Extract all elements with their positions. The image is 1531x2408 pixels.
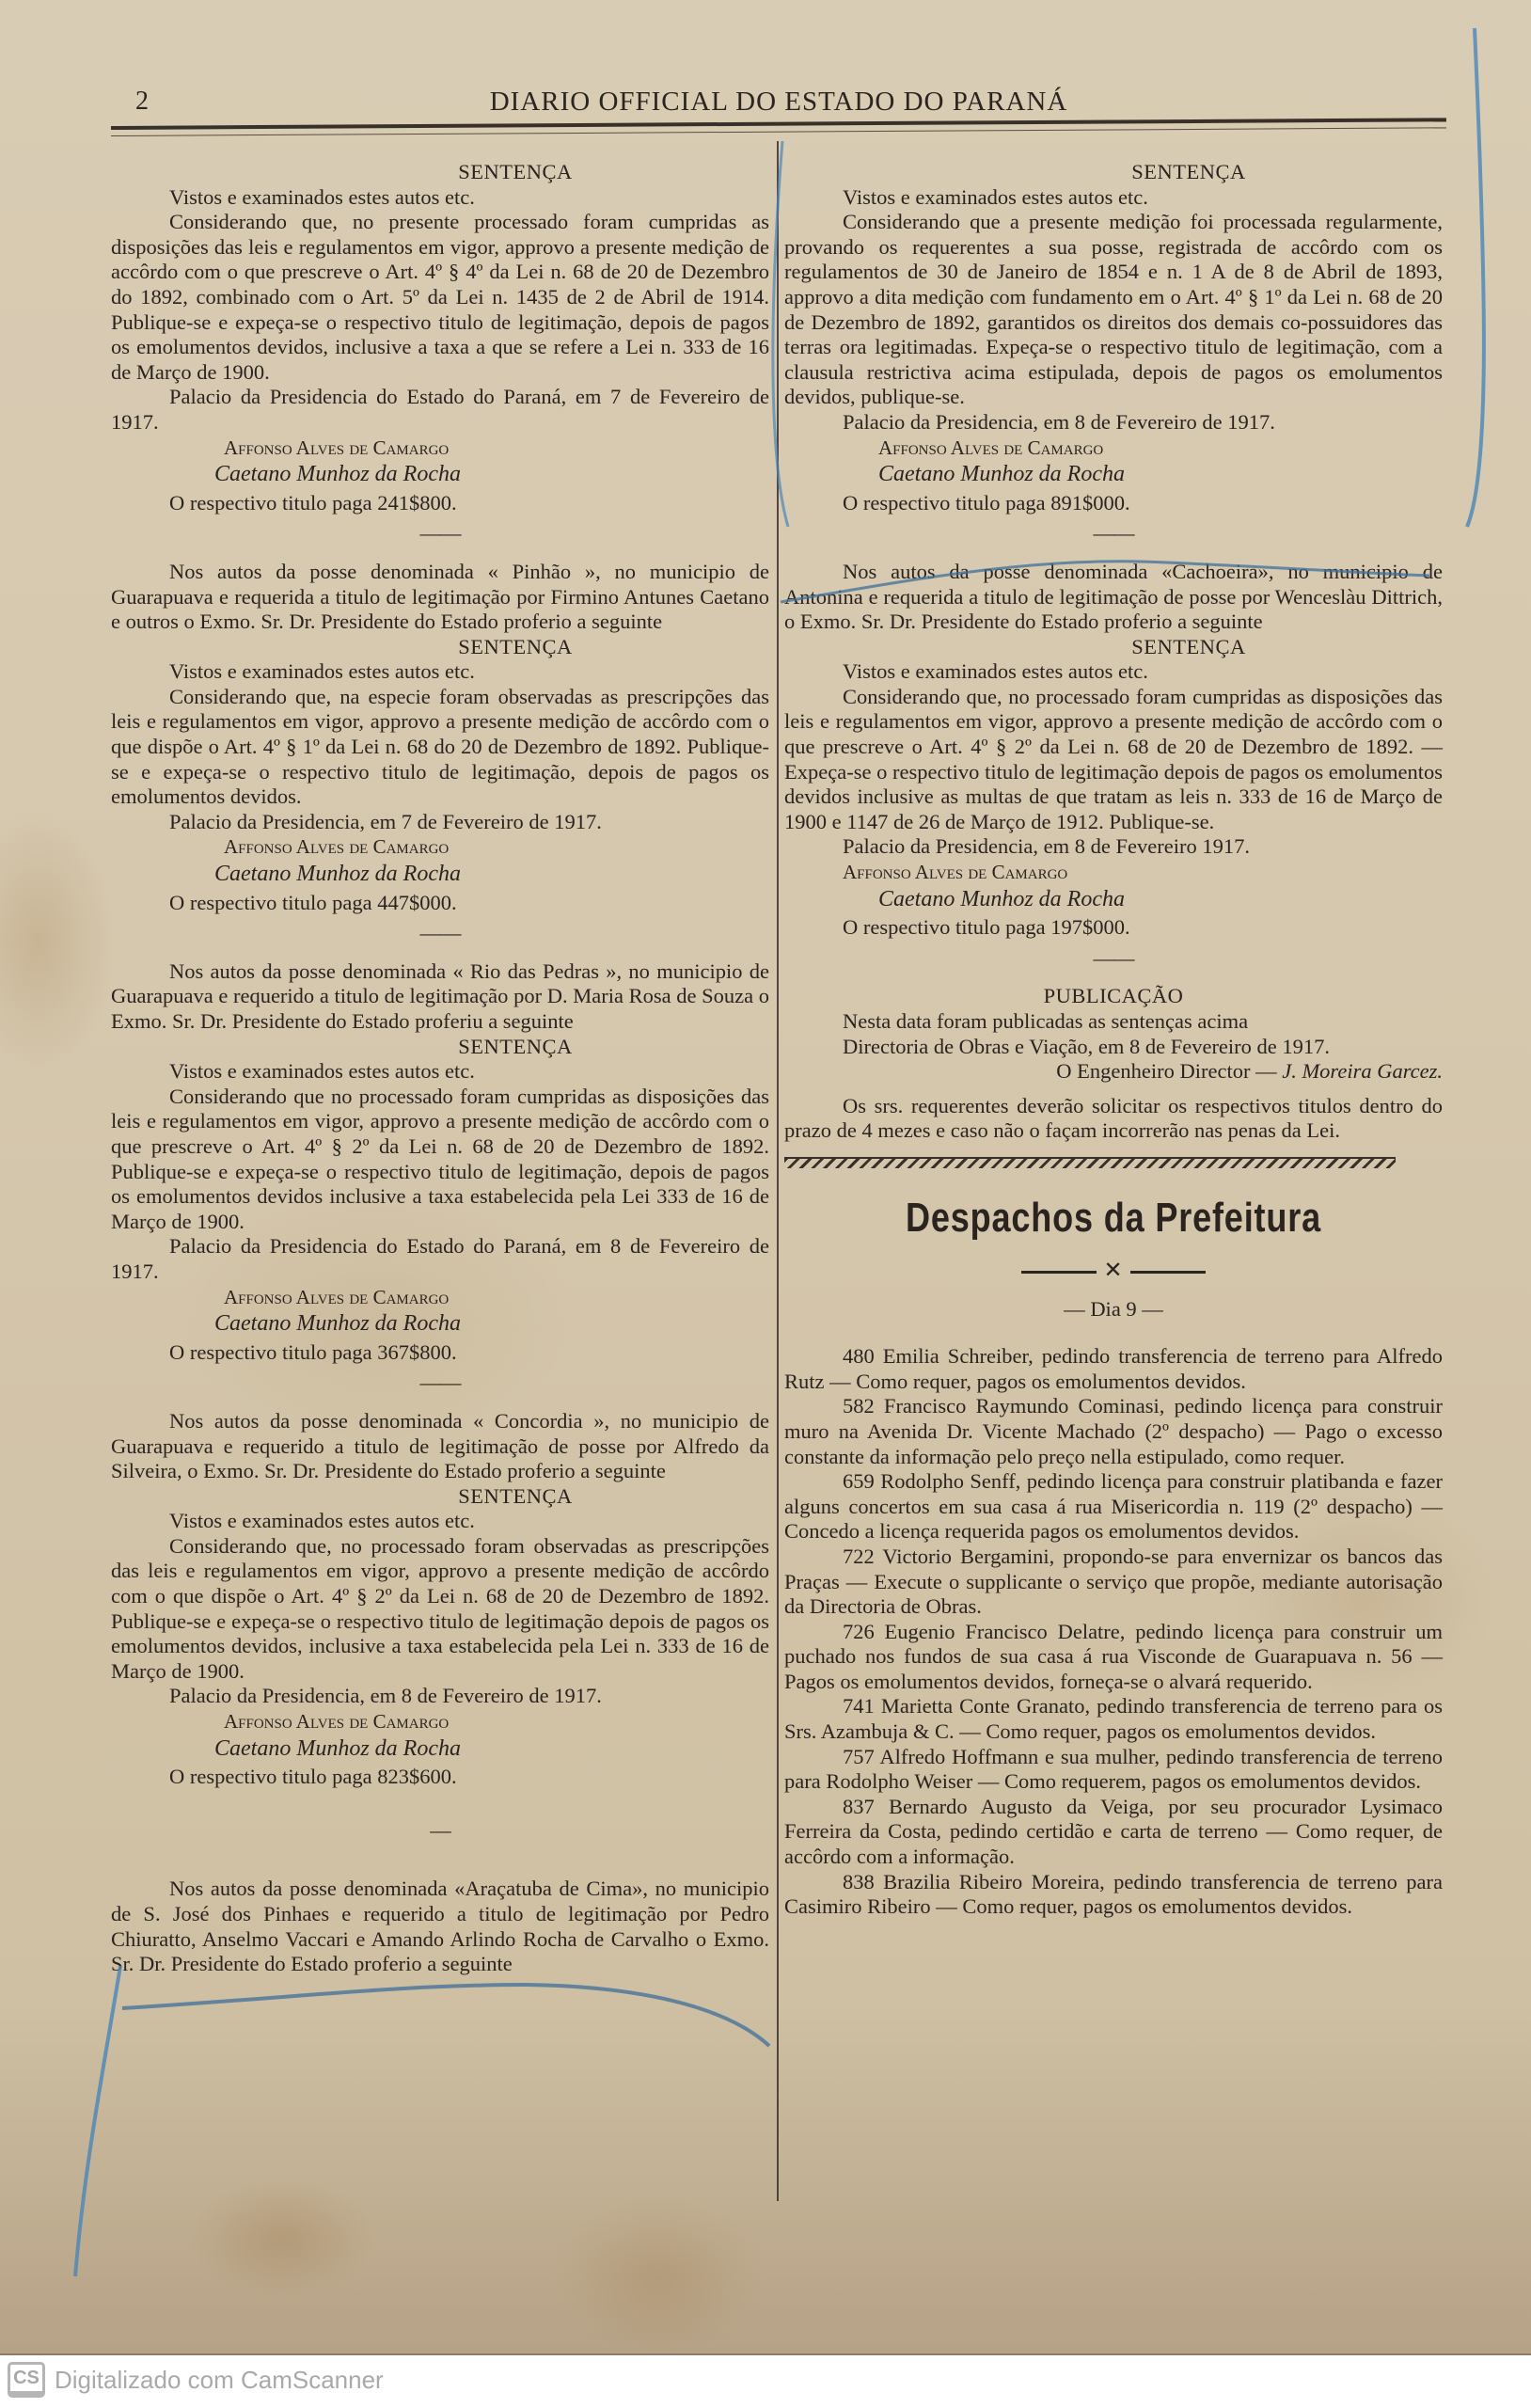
engineer-label: O Engenheiro Director — bbox=[1056, 1059, 1282, 1083]
signature-governor: Affonso Alves de Camargo bbox=[784, 436, 1443, 461]
section-heading: SENTENÇA bbox=[111, 160, 769, 185]
signature-secretary: Caetano Munhoz da Rocha bbox=[784, 462, 1443, 487]
paragraph: Nos autos da posse denominada « Concordi… bbox=[111, 1409, 769, 1484]
day-label: — Dia 9 — bbox=[784, 1297, 1443, 1323]
signature-secretary: Caetano Munhoz da Rocha bbox=[111, 1736, 769, 1762]
despacho-item: 659 Rodolpho Senff, pedindo licença para… bbox=[784, 1469, 1443, 1545]
publication-line: Nesta data foram publicadas as sentenças… bbox=[784, 1009, 1443, 1035]
title-fee: O respectivo titulo paga 197$000. bbox=[784, 915, 1443, 941]
separator: —— bbox=[111, 521, 769, 547]
right-column: SENTENÇA Vistos e examinados estes autos… bbox=[784, 160, 1443, 1920]
engineer-signature: O Engenheiro Director — J. Moreira Garce… bbox=[784, 1059, 1443, 1085]
signature-secretary: Caetano Munhoz da Rocha bbox=[784, 887, 1443, 912]
paragraph: Nos autos da posse denominada «Cachoeira… bbox=[784, 560, 1443, 635]
paragraph: Nos autos da posse denominada « Pinhão »… bbox=[111, 560, 769, 635]
paragraph: Vistos e examinados estes autos etc. bbox=[111, 1059, 769, 1085]
signature-governor: Affonso Alves de Camargo bbox=[111, 1285, 769, 1310]
sentence-block: Nos autos da posse denominada «Cachoeira… bbox=[784, 560, 1443, 972]
paragraph: Vistos e examinados estes autos etc. bbox=[111, 659, 769, 685]
paragraph: Considerando que, no presente processado… bbox=[111, 210, 769, 385]
paragraph: Considerando que a presente medição foi … bbox=[784, 210, 1443, 410]
signature-governor: Affonso Alves de Camargo bbox=[111, 436, 769, 461]
separator: —— bbox=[111, 1370, 769, 1396]
signature-governor: Affonso Alves de Camargo bbox=[784, 860, 1443, 885]
ornament-divider: ✕ bbox=[784, 1259, 1443, 1284]
title-fee: O respectivo titulo paga 891$000. bbox=[784, 491, 1443, 516]
left-column: SENTENÇA Vistos e examinados estes autos… bbox=[111, 160, 769, 1977]
despacho-item: 838 Brazilia Ribeiro Moreira, pedindo tr… bbox=[784, 1870, 1443, 1920]
publication-block: PUBLICAÇÃO Nesta data foram publicadas a… bbox=[784, 984, 1443, 1144]
paragraph: Palacio da Presidencia, em 8 de Fevereir… bbox=[784, 410, 1443, 436]
paragraph: Considerando que, no processado foram ob… bbox=[111, 1534, 769, 1685]
section-heading: SENTENÇA bbox=[784, 160, 1443, 185]
section-heading: SENTENÇA bbox=[111, 1484, 769, 1510]
paragraph: Nos autos da posse denominada « Rio das … bbox=[111, 959, 769, 1035]
signature-governor: Affonso Alves de Camargo bbox=[111, 1709, 769, 1735]
signature-governor: Affonso Alves de Camargo bbox=[111, 834, 769, 860]
despacho-item: 837 Bernardo Augusto da Veiga, por seu p… bbox=[784, 1795, 1443, 1870]
despacho-item: 582 Francisco Raymundo Cominasi, pedindo… bbox=[784, 1394, 1443, 1469]
camscanner-logo-icon: CS bbox=[8, 2362, 45, 2398]
title-fee: O respectivo titulo paga 447$000. bbox=[111, 891, 769, 916]
paragraph: Vistos e examinados estes autos etc. bbox=[784, 659, 1443, 685]
engineer-name: J. Moreira Garcez. bbox=[1282, 1059, 1443, 1083]
despachos-section: Despachos da Prefeitura ✕ — Dia 9 — 480 … bbox=[784, 1193, 1443, 1920]
title-fee: O respectivo titulo paga 241$800. bbox=[111, 491, 769, 516]
camscanner-watermark: CS Digitalizado com CamScanner bbox=[8, 2361, 384, 2399]
separator: — bbox=[111, 1818, 769, 1844]
despacho-item: 726 Eugenio Francisco Delatre, pedindo l… bbox=[784, 1620, 1443, 1695]
ornament-icon: ✕ bbox=[1103, 1259, 1123, 1283]
paragraph: Palacio da Presidencia do Estado do Para… bbox=[111, 1234, 769, 1284]
sentence-block: Nos autos da posse denominada « Rio das … bbox=[111, 959, 769, 1396]
signature-secretary: Caetano Munhoz da Rocha bbox=[111, 1311, 769, 1337]
publication-line: Directoria de Obras e Viação, em 8 de Fe… bbox=[784, 1035, 1443, 1060]
paragraph: Vistos e examinados estes autos etc. bbox=[111, 185, 769, 211]
paragraph: Considerando que, na especie foram obser… bbox=[111, 685, 769, 810]
separator: —— bbox=[784, 521, 1443, 547]
publication-heading: PUBLICAÇÃO bbox=[784, 984, 1443, 1009]
decorative-wavy-rule bbox=[784, 1157, 1396, 1168]
newspaper-title: DIARIO OFFICIAL DO ESTADO DO PARANÁ bbox=[111, 87, 1446, 118]
paragraph: Palacio da Presidencia do Estado do Para… bbox=[111, 385, 769, 435]
sentence-block: Nos autos da posse denominada «Araçatuba… bbox=[111, 1877, 769, 1976]
despacho-item: 741 Marietta Conte Granato, pedindo tran… bbox=[784, 1694, 1443, 1744]
title-fee: O respectivo titulo paga 367$800. bbox=[111, 1340, 769, 1366]
paragraph: Vistos e examinados estes autos etc. bbox=[784, 185, 1443, 211]
paragraph: Vistos e examinados estes autos etc. bbox=[111, 1509, 769, 1534]
paragraph: Palacio da Presidencia, em 7 de Fevereir… bbox=[111, 810, 769, 835]
section-heading: SENTENÇA bbox=[111, 1035, 769, 1060]
despacho-item: 722 Victorio Bergamini, propondo-se para… bbox=[784, 1545, 1443, 1620]
paragraph: Nos autos da posse denominada «Araçatuba… bbox=[111, 1877, 769, 1976]
scanned-page: 2 DIARIO OFFICIAL DO ESTADO DO PARANÁ SE… bbox=[0, 0, 1531, 2355]
despacho-item: 480 Emilia Schreiber, pedindo transferen… bbox=[784, 1344, 1443, 1394]
watermark-text: Digitalizado com CamScanner bbox=[55, 2366, 384, 2395]
despachos-list: 480 Emilia Schreiber, pedindo transferen… bbox=[784, 1344, 1443, 1920]
title-fee: O respectivo titulo paga 823$600. bbox=[111, 1765, 769, 1790]
sentence-block: Nos autos da posse denominada « Pinhão »… bbox=[111, 560, 769, 946]
section-heading: SENTENÇA bbox=[111, 635, 769, 660]
despacho-item: 757 Alfredo Hoffmann e sua mulher, pedin… bbox=[784, 1745, 1443, 1795]
paragraph: Palacio da Presidencia, em 8 de Fevereir… bbox=[111, 1684, 769, 1709]
section-heading: SENTENÇA bbox=[784, 635, 1443, 660]
paragraph: Considerando que, no processado foram cu… bbox=[784, 685, 1443, 835]
signature-secretary: Caetano Munhoz da Rocha bbox=[111, 862, 769, 887]
sentence-block: SENTENÇA Vistos e examinados estes autos… bbox=[784, 160, 1443, 547]
column-divider bbox=[777, 141, 779, 2201]
paragraph: Considerando que no processado foram cum… bbox=[111, 1085, 769, 1235]
signature-secretary: Caetano Munhoz da Rocha bbox=[111, 462, 769, 487]
separator: —— bbox=[784, 946, 1443, 972]
paragraph: Palacio da Presidencia, em 8 de Fevereir… bbox=[784, 834, 1443, 860]
separator: —— bbox=[111, 921, 769, 946]
notice-paragraph: Os srs. requerentes deverão solicitar os… bbox=[784, 1094, 1443, 1144]
despachos-title: Despachos da Prefeitura bbox=[844, 1193, 1383, 1244]
sentence-block: SENTENÇA Vistos e examinados estes autos… bbox=[111, 160, 769, 547]
sentence-block: Nos autos da posse denominada « Concordi… bbox=[111, 1409, 769, 1844]
